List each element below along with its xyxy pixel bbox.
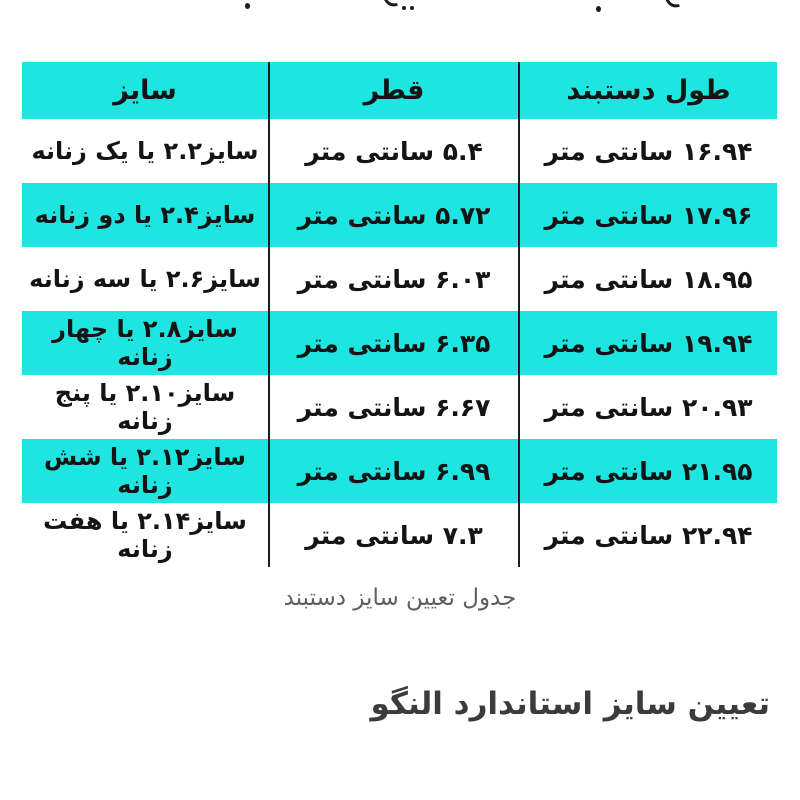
- cell-length: ۱۷.۹۶ سانتی متر: [519, 183, 777, 247]
- cell-size: سایز۲.۱۴ یا هفت زنانه: [22, 503, 269, 567]
- col-header-length: طول دستبند: [519, 62, 777, 119]
- col-header-size: سایز: [22, 62, 269, 119]
- clipped-glyph-fragment: [665, 0, 679, 9]
- cell-diameter: ۶.۹۹ سانتی متر: [269, 439, 519, 503]
- clipped-glyph-fragment: [596, 6, 601, 12]
- table-row: ۲۱.۹۵ سانتی متر۶.۹۹ سانتی مترسایز۲.۱۲ یا…: [22, 439, 777, 503]
- table-row: ۲۰.۹۳ سانتی متر۶.۶۷ سانتی مترسایز۲.۱۰ یا…: [22, 375, 777, 439]
- cell-diameter: ۷.۳ سانتی متر: [269, 503, 519, 567]
- cropped-text-remnants: [0, 0, 800, 14]
- cell-diameter: ۶.۶۷ سانتی متر: [269, 375, 519, 439]
- cell-diameter: ۵.۷۲ سانتی متر: [269, 183, 519, 247]
- cell-length: ۱۶.۹۴ سانتی متر: [519, 119, 777, 183]
- clipped-glyph-fragment: [245, 3, 250, 9]
- cell-size: سایز۲.۶ یا سه زنانه: [22, 247, 269, 311]
- cell-size: سایز۲.۴ یا دو زنانه: [22, 183, 269, 247]
- table-row: ۱۶.۹۴ سانتی متر۵.۴ سانتی مترسایز۲.۲ یا ی…: [22, 119, 777, 183]
- table-row: ۱۷.۹۶ سانتی متر۵.۷۲ سانتی مترسایز۲.۴ یا …: [22, 183, 777, 247]
- page: طول دستبند قطر سایز ۱۶.۹۴ سانتی متر۵.۴ س…: [0, 0, 800, 800]
- cell-length: ۲۲.۹۴ سانتی متر: [519, 503, 777, 567]
- cell-length: ۲۱.۹۵ سانتی متر: [519, 439, 777, 503]
- cell-diameter: ۶.۳۵ سانتی متر: [269, 311, 519, 375]
- cell-size: سایز۲.۲ یا یک زنانه: [22, 119, 269, 183]
- table-header: طول دستبند قطر سایز: [22, 62, 777, 119]
- table-row: ۱۹.۹۴ سانتی متر۶.۳۵ سانتی مترسایز۲.۸ یا …: [22, 311, 777, 375]
- cell-diameter: ۶.۰۳ سانتی متر: [269, 247, 519, 311]
- cell-length: ۲۰.۹۳ سانتی متر: [519, 375, 777, 439]
- size-table-body: ۱۶.۹۴ سانتی متر۵.۴ سانتی مترسایز۲.۲ یا ی…: [22, 119, 777, 567]
- header-row: طول دستبند قطر سایز: [22, 62, 777, 119]
- cell-length: ۱۹.۹۴ سانتی متر: [519, 311, 777, 375]
- table-caption: جدول تعیین سایز دستبند: [0, 585, 800, 611]
- col-header-diameter: قطر: [269, 62, 519, 119]
- clipped-glyph-fragment: [402, 6, 406, 10]
- cell-length: ۱۸.۹۵ سانتی متر: [519, 247, 777, 311]
- clipped-glyph-fragment: [410, 6, 414, 10]
- table-row: ۱۸.۹۵ سانتی متر۶.۰۳ سانتی مترسایز۲.۶ یا …: [22, 247, 777, 311]
- cell-diameter: ۵.۴ سانتی متر: [269, 119, 519, 183]
- table-row: ۲۲.۹۴ سانتی متر۷.۳ سانتی مترسایز۲.۱۴ یا …: [22, 503, 777, 567]
- clipped-glyph-fragment: [383, 0, 397, 8]
- section-heading: تعیین سایز استاندارد النگو: [30, 686, 770, 722]
- cell-size: سایز۲.۸ یا چهار زنانه: [22, 311, 269, 375]
- cell-size: سایز۲.۱۲ یا شش زنانه: [22, 439, 269, 503]
- cell-size: سایز۲.۱۰ یا پنج زنانه: [22, 375, 269, 439]
- bracelet-size-table: طول دستبند قطر سایز ۱۶.۹۴ سانتی متر۵.۴ س…: [22, 62, 777, 567]
